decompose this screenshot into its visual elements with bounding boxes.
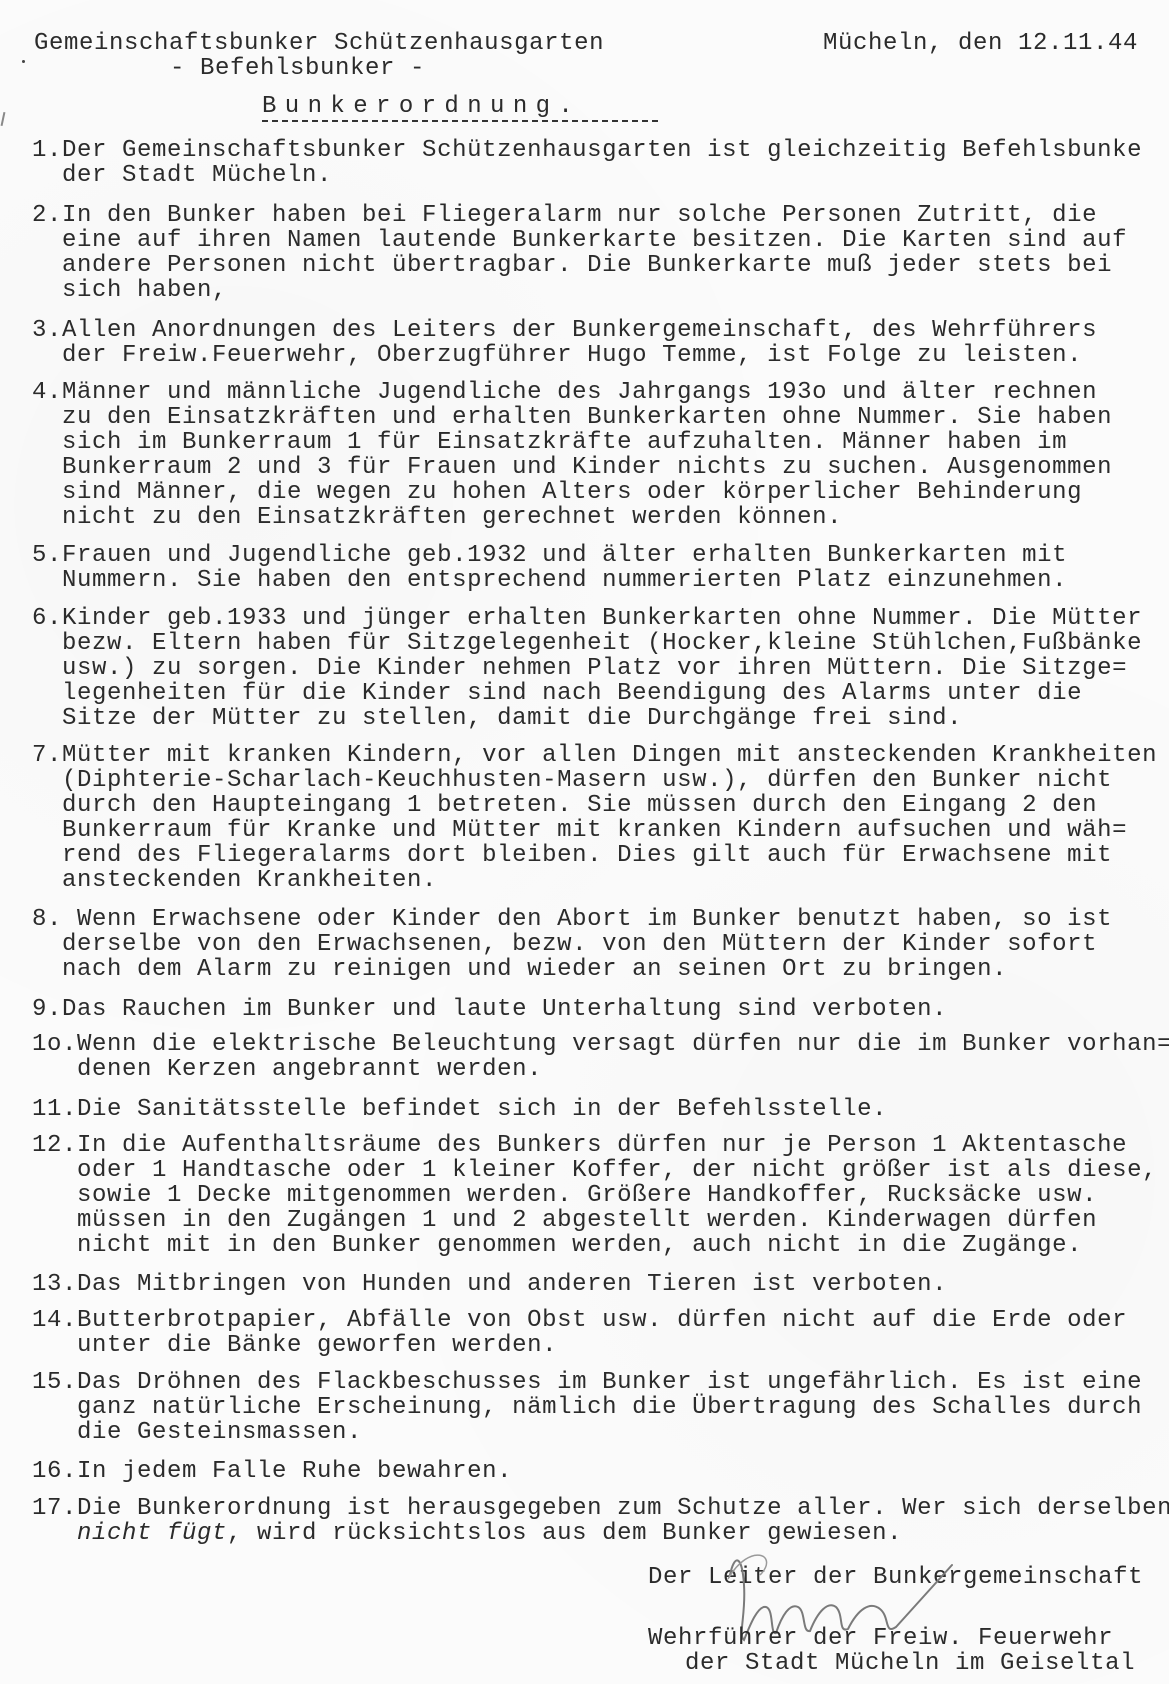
rule-continuation-line: Bunkerraum für Kranke und Mütter mit kra… [32,818,1157,843]
rule-item: 4.Männer und männliche Jugendliche des J… [32,380,1112,530]
rule-continuation-line: ansteckenden Krankheiten. [32,868,1157,893]
rule-continuation-line: unter die Bänke geworfen werden. [32,1333,1127,1358]
rule-first-line: 9.Das Rauchen im Bunker und laute Unterh… [32,997,947,1022]
rule-continuation-line: sich im Bunkerraum 1 für Einsatzkräfte a… [32,430,1112,455]
rule-item: 16.In jedem Falle Ruhe bewahren. [32,1459,512,1484]
document-title: Bunkerordnung. [262,93,581,120]
rule-continuation-line: sowie 1 Decke mitgenommen werden. Größer… [32,1183,1157,1208]
paper-speck [22,60,25,63]
rule-first-line: 8. Wenn Erwachsene oder Kinder den Abort… [32,907,1112,932]
rule-item: 5.Frauen und Jugendliche geb.1932 und äl… [32,543,1067,593]
header-date: Mücheln, den 12.11.44 [823,31,1138,56]
rule-item: 17.Die Bunkerordnung ist herausgegeben z… [32,1496,1169,1546]
rule-continuation-line: nicht zu den Einsatzkräften gerechnet we… [32,505,1112,530]
rule-continuation-line: derselbe von den Erwachsenen, bezw. von … [32,932,1112,957]
rule-continuation-line: oder 1 Handtasche oder 1 kleiner Koffer,… [32,1158,1157,1183]
title-underline [262,120,658,122]
rule-continuation-line: müssen in den Zugängen 1 und 2 abgestell… [32,1208,1157,1233]
rule-first-line: 2.In den Bunker haben bei Fliegeralarm n… [32,203,1127,228]
rule-item: 9.Das Rauchen im Bunker und laute Unterh… [32,997,947,1022]
rule-continuation-line: (Diphterie-Scharlach-Keuchhusten-Masern … [32,768,1157,793]
signature-title-leader: Der Leiter der Bunkergemeinschaft [648,1565,1143,1590]
rule-continuation-line: nicht mit in den Bunker genommen werden,… [32,1233,1157,1258]
rule-first-line: 7.Mütter mit kranken Kindern, vor allen … [32,743,1157,768]
rule-continuation-line: Bunkerraum 2 und 3 für Frauen und Kinder… [32,455,1112,480]
rule-first-line: 14.Butterbrotpapier, Abfälle von Obst us… [32,1308,1127,1333]
rule-first-line: 13.Das Mitbringen von Hunden und anderen… [32,1272,947,1297]
rule-item: 1o.Wenn die elektrische Beleuchtung vers… [32,1032,1169,1082]
rule-continuation-line: legenheiten für die Kinder sind nach Bee… [32,681,1142,706]
rule-first-line: 11.Die Sanitätsstelle befindet sich in d… [32,1097,887,1122]
rule-item: 3.Allen Anordnungen des Leiters der Bunk… [32,318,1097,368]
rule-item: 2.In den Bunker haben bei Fliegeralarm n… [32,203,1127,303]
rule-first-line: 1o.Wenn die elektrische Beleuchtung vers… [32,1032,1169,1057]
paper-mark [1,112,6,126]
rule-first-line: 12.In die Aufenthaltsräume des Bunkers d… [32,1133,1157,1158]
rule-item: 15.Das Dröhnen des Flackbeschusses im Bu… [32,1370,1142,1445]
rule-continuation-line: rend des Fliegeralarms dort bleiben. Die… [32,843,1157,868]
rule-continuation-line: bezw. Eltern haben für Sitzgelegenheit (… [32,631,1142,656]
rule-continuation-line: nach dem Alarm zu reinigen und wieder an… [32,957,1112,982]
header-issuer: Gemeinschaftsbunker Schützenhausgarten [34,31,604,56]
rule-continuation-line: sich haben, [32,278,1127,303]
rule-first-line: 6.Kinder geb.1933 und jünger erhalten Bu… [32,606,1142,631]
rule-continuation-line: Sitze der Mütter zu stellen, damit die D… [32,706,1142,731]
rule-continuation-line: die Gesteinsmassen. [32,1420,1142,1445]
rule-first-line: 5.Frauen und Jugendliche geb.1932 und äl… [32,543,1067,568]
rule-first-line: 1.Der Gemeinschaftsbunker Schützenhausga… [32,138,1142,163]
rule-item: 13.Das Mitbringen von Hunden und anderen… [32,1272,947,1297]
rule-continuation-line: der Freiw.Feuerwehr, Oberzugführer Hugo … [32,343,1097,368]
rule-item: 8. Wenn Erwachsene oder Kinder den Abort… [32,907,1112,982]
rule-first-line: 15.Das Dröhnen des Flackbeschusses im Bu… [32,1370,1142,1395]
italic-emphasis: nicht fügt [77,1520,227,1547]
rule-continuation-line: ganz natürliche Erscheinung, nämlich die… [32,1395,1142,1420]
rule-first-line: 3.Allen Anordnungen des Leiters der Bunk… [32,318,1097,343]
signature-title-fire-chief: Wehrführer der Freiw. Feuerwehr [648,1626,1113,1651]
rule-continuation-line: andere Personen nicht übertragbar. Die B… [32,253,1127,278]
rule-continuation-line: zu den Einsatzkräften und erhalten Bunke… [32,405,1112,430]
rule-continuation-line: der Stadt Mücheln. [32,163,1142,188]
rule-item: 14.Butterbrotpapier, Abfälle von Obst us… [32,1308,1127,1358]
rule-first-line: 17.Die Bunkerordnung ist herausgegeben z… [32,1496,1169,1521]
header-subtitle: - Befehlsbunker - [170,56,425,81]
rule-continuation-line: Nummern. Sie haben den entsprechend numm… [32,568,1067,593]
rule-first-line: 4.Männer und männliche Jugendliche des J… [32,380,1112,405]
rule-item: 11.Die Sanitätsstelle befindet sich in d… [32,1097,887,1122]
signature-title-town: der Stadt Mücheln im Geiseltal [685,1651,1135,1676]
rule-continuation-line: nicht fügt, wird rücksichtslos aus dem B… [32,1521,1169,1546]
rule-continuation-line: sind Männer, die wegen zu hohen Alters o… [32,480,1112,505]
rule-continuation-line: usw.) zu sorgen. Die Kinder nehmen Platz… [32,656,1142,681]
rule-continuation-line: denen Kerzen angebrannt werden. [32,1057,1169,1082]
rule-item: 12.In die Aufenthaltsräume des Bunkers d… [32,1133,1157,1258]
rule-continuation-line: eine auf ihren Namen lautende Bunkerkart… [32,228,1127,253]
rule-item: 7.Mütter mit kranken Kindern, vor allen … [32,743,1157,893]
rule-first-line: 16.In jedem Falle Ruhe bewahren. [32,1459,512,1484]
rule-continuation-line: durch den Haupteingang 1 betreten. Sie m… [32,793,1157,818]
rule-item: 6.Kinder geb.1933 und jünger erhalten Bu… [32,606,1142,731]
rule-item: 1.Der Gemeinschaftsbunker Schützenhausga… [32,138,1142,188]
